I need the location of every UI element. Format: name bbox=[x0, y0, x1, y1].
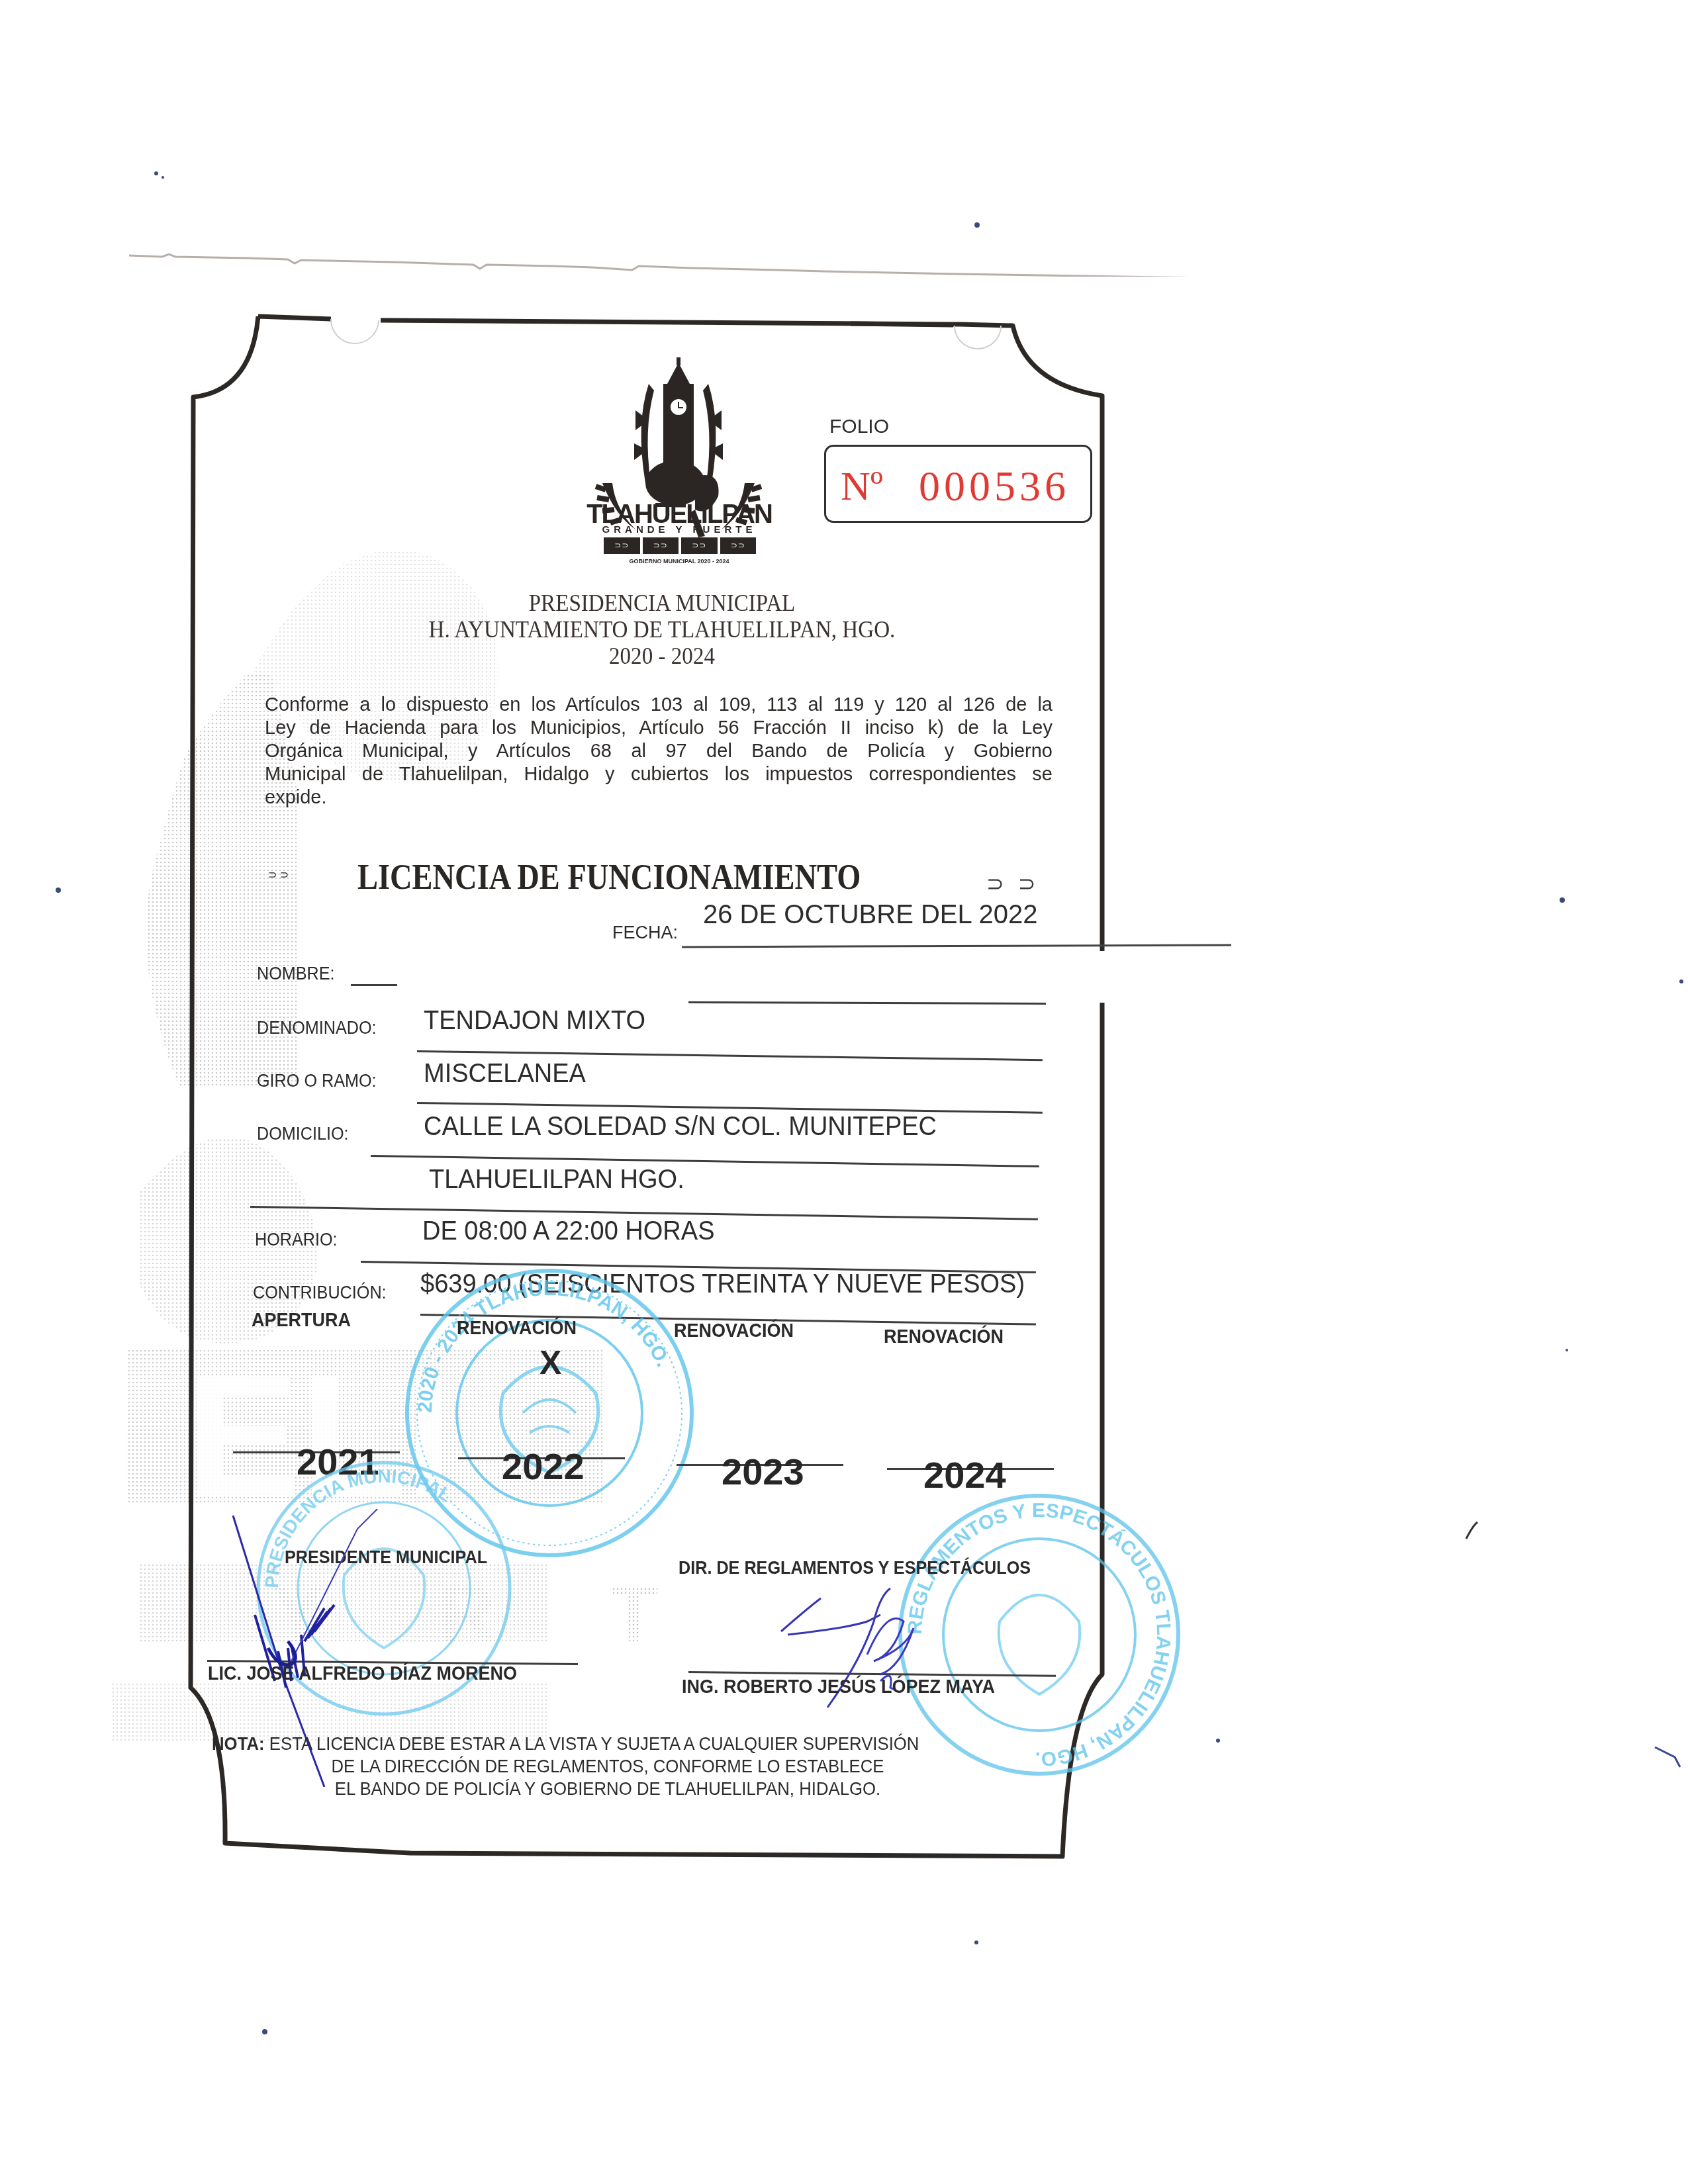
folio-number: 000536 bbox=[919, 462, 1070, 511]
license-note: NOTA: ESTA LICENCIA DEBE ESTAR A LA VIST… bbox=[212, 1733, 1004, 1800]
intro-line: Ley de Hacienda para los Municipios, Art… bbox=[265, 717, 1053, 740]
greek-key-block: ⊃⊃ bbox=[681, 537, 718, 554]
domicilio-value-line-2: TLAHUELILPAN HGO. bbox=[429, 1165, 684, 1195]
greek-key-block: ⊃⊃ bbox=[643, 537, 679, 554]
header-line-1: PRESIDENCIA MUNICIPAL bbox=[236, 589, 1088, 617]
signature-role-director: DIR. DE REGLAMENTOS Y ESPECTÁCULOS bbox=[679, 1557, 1031, 1578]
year-2023: 2023 bbox=[722, 1450, 804, 1493]
giro-value: MISCELANEA bbox=[424, 1059, 586, 1089]
denominado-label: DENOMINADO: bbox=[257, 1017, 377, 1038]
header-line-3: 2020 - 2024 bbox=[236, 642, 1088, 670]
logo-greek-key: ⊃⊃ ⊃⊃ ⊃⊃ ⊃⊃ bbox=[604, 537, 756, 554]
domicilio-label: DOMICILIO: bbox=[257, 1123, 349, 1144]
logo-subtitle: GRANDE Y FUERTE bbox=[580, 524, 778, 535]
horario-value: DE 08:00 A 22:00 HORAS bbox=[422, 1216, 714, 1246]
contribucion-value: $639.00 (SEISCIENTOS TREINTA Y NUEVE PES… bbox=[420, 1269, 1025, 1299]
legal-basis-paragraph: Conforme a lo dispuesto en los Artículos… bbox=[265, 694, 1053, 809]
intro-line: expide. bbox=[265, 786, 1053, 809]
renovacion-label-3: RENOVACIÓN bbox=[884, 1326, 1004, 1348]
note-line-1: NOTA: ESTA LICENCIA DEBE ESTAR A LA VIST… bbox=[212, 1733, 1004, 1755]
year-2024: 2024 bbox=[923, 1453, 1006, 1496]
apertura-label: APERTURA bbox=[252, 1309, 351, 1332]
year-2021: 2021 bbox=[297, 1440, 379, 1483]
document-title-text: LICENCIA DE FUNCIONAMIENTO bbox=[357, 856, 861, 897]
intro-line: Municipal de Tlahuelilpan, Hidalgo y cub… bbox=[265, 763, 1053, 786]
document-title: LICENCIA DE FUNCIONAMIENTO bbox=[357, 856, 943, 897]
nombre-underline bbox=[351, 984, 404, 986]
greek-key-block: ⊃⊃ bbox=[604, 537, 640, 554]
denominado-value: TENDAJON MIXTO bbox=[424, 1006, 645, 1036]
renovacion-2022-mark: X bbox=[539, 1343, 561, 1382]
signature-name-president: LIC. JOSÉ ALFREDO DÍAZ MORENO bbox=[208, 1662, 517, 1685]
horario-label: HORARIO: bbox=[255, 1229, 338, 1250]
nombre-redaction bbox=[397, 951, 1238, 1003]
contribucion-label: CONTRIBUCIÓN: bbox=[253, 1282, 387, 1303]
year-2022: 2022 bbox=[502, 1445, 585, 1488]
giro-label: GIRO O RAMO: bbox=[257, 1070, 377, 1091]
logo-government-period: GOBIERNO MUNICIPAL 2020 - 2024 bbox=[580, 558, 778, 565]
signature-name-director: ING. ROBERTO JESÚS LÓPEZ MAYA bbox=[682, 1676, 995, 1698]
title-ornament-left: ⊃ ⊃ bbox=[268, 868, 289, 882]
torn-paper-edge bbox=[129, 237, 1221, 277]
intro-line: Conforme a lo dispuesto en los Artículos… bbox=[265, 694, 1053, 717]
renovacion-label-2: RENOVACIÓN bbox=[674, 1320, 794, 1342]
intro-line: Orgánica Municipal, y Artículos 68 al 97… bbox=[265, 740, 1053, 763]
greek-key-block: ⊃⊃ bbox=[720, 537, 757, 554]
folio-label: FOLIO bbox=[829, 416, 889, 438]
fecha-label: FECHA: bbox=[612, 923, 678, 943]
note-label: NOTA: bbox=[212, 1733, 265, 1754]
renovacion-label-1: RENOVACIÓN bbox=[457, 1317, 577, 1340]
note-line-3: EL BANDO DE POLICÍA Y GOBIERNO DE TLAHUE… bbox=[212, 1778, 1004, 1800]
title-ornament-right: ⊃ ⊃ bbox=[986, 871, 1040, 896]
note-line-2: DE LA DIRECCIÓN DE REGLAMENTOS, CONFORME… bbox=[212, 1755, 1004, 1778]
fecha-value: 26 DE OCTUBRE DEL 2022 bbox=[703, 900, 1037, 930]
domicilio-value: CALLE LA SOLEDAD S/N COL. MUNITEPEC bbox=[424, 1112, 937, 1142]
note-text-1: ESTA LICENCIA DEBE ESTAR A LA VISTA Y SU… bbox=[269, 1733, 919, 1754]
nombre-label: NOMBRE: bbox=[257, 963, 335, 984]
folio-prefix: Nº bbox=[841, 463, 883, 510]
header-line-2: H. AYUNTAMIENTO DE TLAHUELILPAN, HGO. bbox=[236, 615, 1088, 643]
